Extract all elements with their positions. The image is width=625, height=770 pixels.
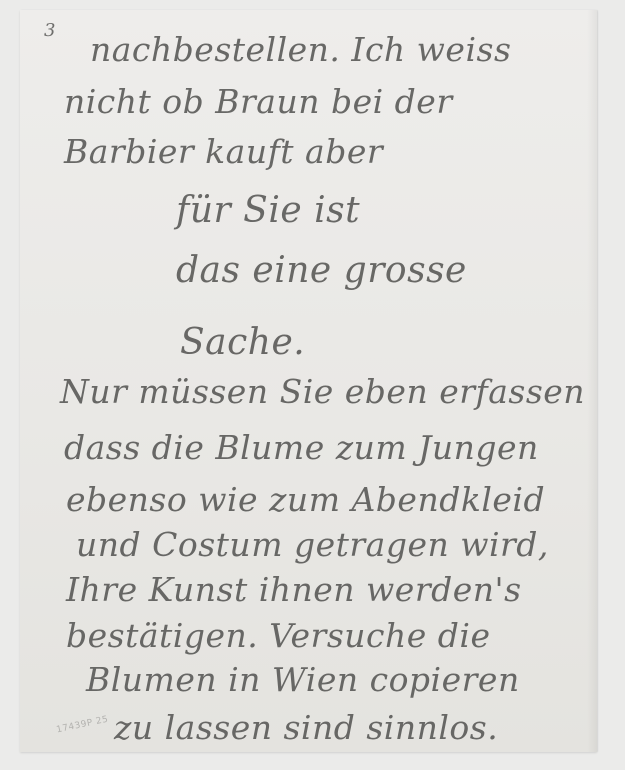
handwritten-line-14: zu lassen sind sinnlos. (114, 708, 498, 747)
handwritten-line-12: bestätigen. Versuche die (66, 616, 490, 655)
handwritten-line-13: Blumen in Wien copieren (86, 660, 520, 699)
archive-stamp: 17439P 25 (56, 715, 110, 736)
handwritten-line-6: Sache. (180, 322, 305, 363)
handwritten-line-7: Nur müssen Sie eben erfassen (60, 372, 585, 411)
handwritten-line-5: das eine grosse (176, 250, 467, 291)
handwritten-line-10: und Costum getragen wird, (76, 525, 549, 564)
handwritten-line-3: Barbier kauft aber (64, 132, 383, 171)
handwritten-line-11: Ihre Kunst ihnen werden's (66, 570, 522, 609)
handwritten-line-2: nicht ob Braun bei der (64, 82, 453, 121)
page-number: 3 (44, 20, 55, 41)
handwritten-line-1: nachbestellen. Ich weiss (90, 30, 511, 69)
handwritten-line-9: ebenso wie zum Abendkleid (66, 480, 545, 519)
handwritten-line-8: dass die Blume zum Jungen (64, 428, 539, 467)
scanned-document: 3 nachbestellen. Ich weiss nicht ob Brau… (0, 0, 625, 770)
handwritten-line-4: für Sie ist (176, 190, 360, 231)
letter-page: 3 nachbestellen. Ich weiss nicht ob Brau… (20, 10, 597, 752)
